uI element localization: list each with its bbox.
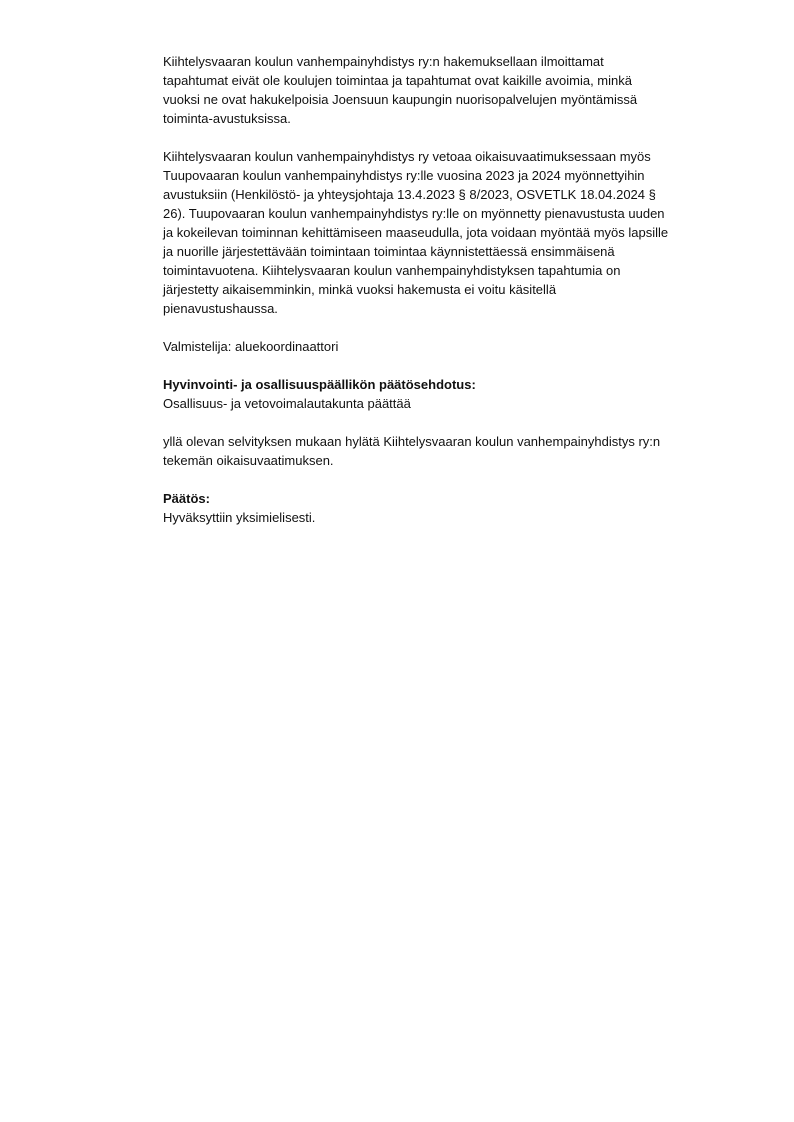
text-line: Kiihtelysvaaran koulun vanhempainyhdisty… — [163, 52, 763, 71]
text-line: Tuupovaaran koulun vanhempainyhdistys ry… — [163, 166, 763, 185]
text-line: järjestetty aikaisemminkin, minkä vuoksi… — [163, 280, 763, 299]
document-page: Kiihtelysvaaran koulun vanhempainyhdisty… — [163, 52, 763, 527]
spacer — [163, 413, 763, 432]
text-line: ja nuorille järjestettävään toimintaan t… — [163, 242, 763, 261]
text-line: tapahtumat eivät ole koulujen toimintaa … — [163, 71, 763, 90]
proposal-heading: Hyvinvointi- ja osallisuuspäällikön päät… — [163, 375, 763, 394]
text-line: avustuksiin (Henkilöstö- ja yhteysjohtaj… — [163, 185, 763, 204]
text-line: tekemän oikaisuvaatimuksen. — [163, 451, 763, 470]
text-line: ja kokeilevan toiminnan kehittämiseen ma… — [163, 223, 763, 242]
paragraph-eligibility: Kiihtelysvaaran koulun vanhempainyhdisty… — [163, 52, 763, 128]
decision-heading: Päätös: — [163, 489, 763, 508]
text-line: 26). Tuupovaaran koulun vanhempainyhdist… — [163, 204, 763, 223]
text-line: Kiihtelysvaaran koulun vanhempainyhdisty… — [163, 147, 763, 166]
spacer — [163, 470, 763, 489]
text-line: vuoksi ne ovat hakukelpoisia Joensuun ka… — [163, 90, 763, 109]
spacer — [163, 318, 763, 337]
paragraph-tuupovaara-comparison: Kiihtelysvaaran koulun vanhempainyhdisty… — [163, 147, 763, 318]
preparer-text: Valmistelija: aluekoordinaattori — [163, 337, 763, 356]
text-line: toimintavuotena. Kiihtelysvaaran koulun … — [163, 261, 763, 280]
text-line: toiminta-avustuksissa. — [163, 109, 763, 128]
spacer — [163, 356, 763, 375]
spacer — [163, 128, 763, 147]
preparer-line: Valmistelija: aluekoordinaattori — [163, 337, 763, 356]
decision-text: Hyväksyttiin yksimielisesti. — [163, 508, 763, 527]
decision-section: Päätös: Hyväksyttiin yksimielisesti. — [163, 489, 763, 527]
proposal-section: Hyvinvointi- ja osallisuuspäällikön päät… — [163, 375, 763, 413]
proposal-text: yllä olevan selvityksen mukaan hylätä Ki… — [163, 432, 763, 470]
text-line: pienavustushaussa. — [163, 299, 763, 318]
proposal-intro: Osallisuus- ja vetovoimalautakunta päätt… — [163, 394, 763, 413]
text-line: yllä olevan selvityksen mukaan hylätä Ki… — [163, 432, 763, 451]
